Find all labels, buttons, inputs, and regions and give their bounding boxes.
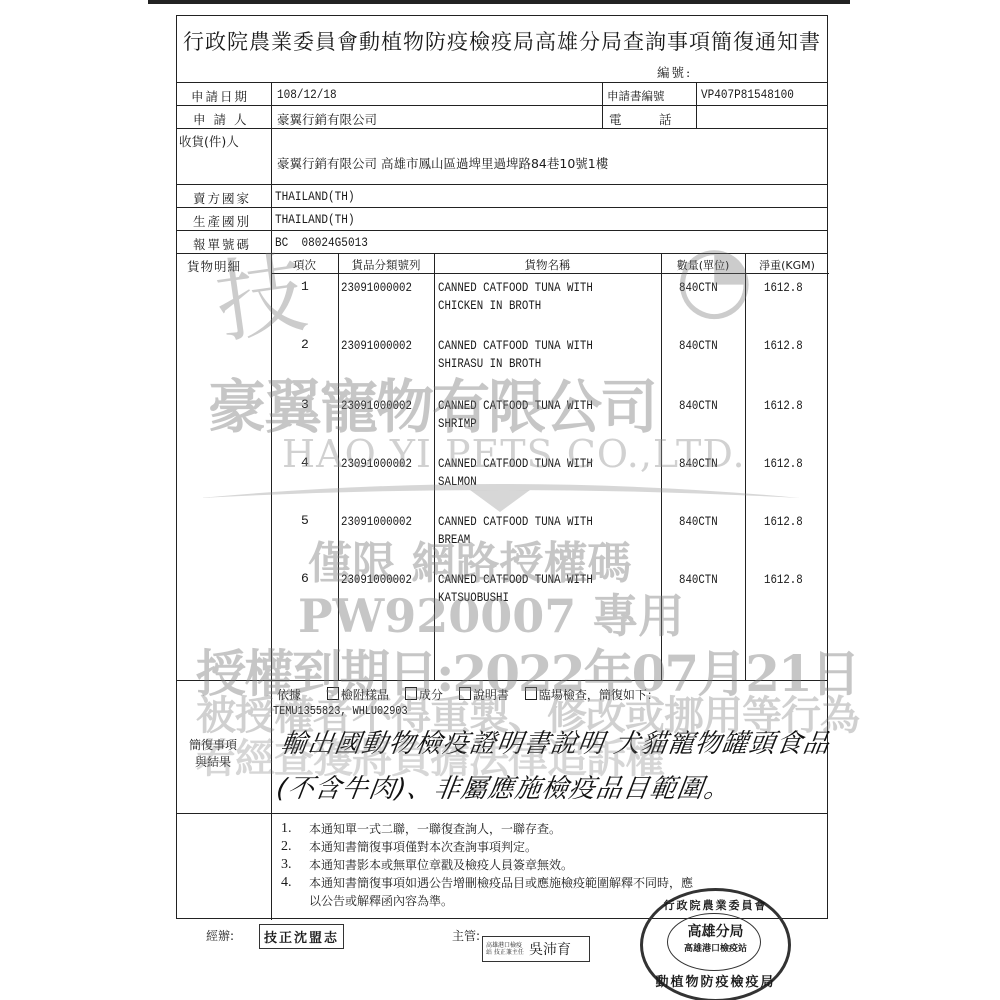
row-net-weight: 1612.8 (764, 397, 803, 415)
checkbox-icon[interactable] (405, 687, 417, 700)
container-numbers: TEMU1355823, WHLU02903 (273, 704, 408, 718)
note-text: 本通知書簡復事項如遇公告增刪檢疫品目或應施檢疫範圍解釋不同時，應 (309, 874, 693, 892)
applicant-label: 申 請 人 (193, 110, 248, 128)
supervisor-stamp-name: 吳沛育 (529, 939, 571, 959)
handler-label: 經辦: (206, 927, 234, 944)
application-no-label: 申請書編號 (607, 88, 665, 104)
application-date-label: 申請日期 (191, 87, 249, 105)
note-number (281, 892, 309, 910)
seal-inner-line1: 高雄分局 (643, 921, 788, 941)
supervisor-label: 主管: (452, 927, 480, 944)
checkbox-label: 說明書 (473, 688, 509, 702)
row-net-weight: 1612.8 (764, 571, 803, 589)
document-title: 行政院農業委員會動植物防疫檢疫局高雄分局查詢事項簡復通知書 (177, 26, 827, 56)
seal-top-text: 行政院農業委員會 (643, 897, 788, 913)
note-number: 1. (281, 820, 309, 838)
row-item-number: 6 (301, 571, 309, 586)
application-date-value: 108/12/18 (277, 87, 337, 102)
row-hs-code: 23091000002 (341, 397, 412, 415)
row-name-line2: CHICKEN IN BROTH (438, 297, 541, 315)
note-item: 以公告或解釋函內容為準。 (281, 892, 693, 910)
note-text: 以公告或解釋函內容為準。 (309, 892, 453, 910)
note-number: 3. (281, 856, 309, 874)
basis-label: 依據 (277, 688, 301, 702)
row-name-line2: SHIRASU IN BROTH (438, 355, 541, 373)
row-quantity: 840CTN (679, 455, 718, 473)
note-number: 2. (281, 838, 309, 856)
phone-label: 電 話 (609, 110, 672, 128)
checkbox-label: 檢附樣品 (341, 688, 389, 702)
note-text: 本通知書影本或無單位章戳及檢疫人員簽章無效。 (309, 856, 573, 874)
row-name-line1: CANNED CATFOOD TUNA WITH (438, 571, 593, 589)
checkbox-icon[interactable] (459, 687, 471, 700)
checkbox-list: 檢附樣品成分說明書臨場檢查，簡復如下： (305, 688, 659, 702)
row-name-line1: CANNED CATFOOD TUNA WITH (438, 397, 593, 415)
row-net-weight: 1612.8 (764, 337, 803, 355)
row-net-weight: 1612.8 (764, 455, 803, 473)
row-item-number: 3 (301, 397, 309, 412)
supervisor-stamp-title: 高雄港口檢疫站 技正兼主任 (486, 942, 526, 956)
note-item: 1.本通知單一式二聯，一聯復查詢人，一聯存查。 (281, 820, 693, 838)
applicant-value: 豪翼行銷有限公司 (277, 110, 377, 128)
row-name-line1: CANNED CATFOOD TUNA WITH (438, 337, 593, 355)
result-label-line1: 簡復事項 (189, 736, 237, 753)
row-quantity: 840CTN (679, 337, 718, 355)
checkbox-icon[interactable] (327, 687, 339, 700)
row-net-weight: 1612.8 (764, 279, 803, 297)
col-name: 貨物名稱 (434, 257, 661, 273)
note-item: 2.本通知書簡復事項僅對本次查詢事項判定。 (281, 838, 693, 856)
col-weight: 淨重(KGM) (745, 257, 829, 273)
row-hs-code: 23091000002 (341, 571, 412, 589)
checkbox-option[interactable]: 成分 (405, 688, 443, 702)
application-no-value: VP407P81548100 (701, 87, 794, 102)
seller-country-value: THAILAND(TH) (275, 189, 355, 204)
checkbox-option[interactable]: 說明書 (459, 688, 509, 702)
handwritten-result-line1: 輸出國動物檢疫證明書說明 犬貓寵物罐頭食品 (278, 723, 832, 760)
note-text: 本通知書簡復事項僅對本次查詢事項判定。 (309, 838, 537, 856)
row-name-line1: CANNED CATFOOD TUNA WITH (438, 279, 593, 297)
row-name-line2: KATSUOBUSHI (438, 589, 509, 607)
consignee-value: 豪翼行銷有限公司 高雄市鳳山區過埤里過埤路84巷10號1樓 (277, 154, 608, 172)
row-hs-code: 23091000002 (341, 455, 412, 473)
seller-country-label: 賣方國家 (193, 189, 251, 207)
row-quantity: 840CTN (679, 397, 718, 415)
official-seal: 行政院農業委員會 高雄分局 高雄港口檢疫站 動植物防疫檢疫局 (640, 888, 791, 1000)
handwritten-result-line2: (不含牛肉)、非屬應施檢疫品目範圍。 (274, 768, 733, 805)
notes-list: 1.本通知單一式二聯，一聯復查詢人，一聯存查。2.本通知書簡復事項僅對本次查詢事… (281, 820, 693, 910)
brand-logo-watermark: 技 (206, 219, 313, 360)
note-item: 3.本通知書影本或無單位章戳及檢疫人員簽章無效。 (281, 856, 693, 874)
row-quantity: 840CTN (679, 571, 718, 589)
handler-stamp: 技正沈盟志 (259, 924, 344, 949)
note-number: 4. (281, 874, 309, 892)
note-item: 4.本通知書簡復事項如遇公告增刪檢疫品目或應施檢疫範圍解釋不同時，應 (281, 874, 693, 892)
seal-bottom-text: 動植物防疫檢疫局 (643, 971, 788, 990)
col-code: 貨品分類號列 (338, 257, 434, 273)
note-text: 本通知單一式二聯，一聯復查詢人，一聯存查。 (309, 820, 561, 838)
row-name-line1: CANNED CATFOOD TUNA WITH (438, 455, 593, 473)
consignee-label: 收貨(件)人 (179, 132, 239, 150)
watermark-swoosh (200, 478, 800, 518)
row-hs-code: 23091000002 (341, 337, 412, 355)
checkbox-option[interactable]: 臨場檢查，簡復如下： (525, 688, 659, 702)
checkbox-label: 臨場檢查，簡復如下： (539, 688, 659, 702)
checkbox-label: 成分 (419, 688, 443, 702)
row-item-number: 4 (301, 455, 309, 470)
row-name-line2: BREAM (438, 531, 470, 549)
top-border-bar (148, 0, 850, 4)
basis-line: 依據 檢附樣品成分說明書臨場檢查，簡復如下： (277, 686, 659, 703)
seal-inner-line2: 高雄港口檢疫站 (643, 941, 788, 954)
serial-label: 編號: (657, 63, 692, 81)
row-hs-code: 23091000002 (341, 279, 412, 297)
brand-logo-cat-watermark: ◔ (675, 225, 754, 330)
notice-document: 行政院農業委員會動植物防疫檢疫局高雄分局查詢事項簡復通知書 編號: 申請日期 1… (176, 15, 828, 919)
result-label-line2: 與結果 (195, 753, 231, 770)
checkbox-icon[interactable] (525, 687, 537, 700)
checkbox-option[interactable]: 檢附樣品 (327, 688, 389, 702)
supervisor-stamp: 高雄港口檢疫站 技正兼主任 吳沛育 (482, 936, 590, 962)
row-name-line2: SHRIMP (438, 415, 477, 433)
